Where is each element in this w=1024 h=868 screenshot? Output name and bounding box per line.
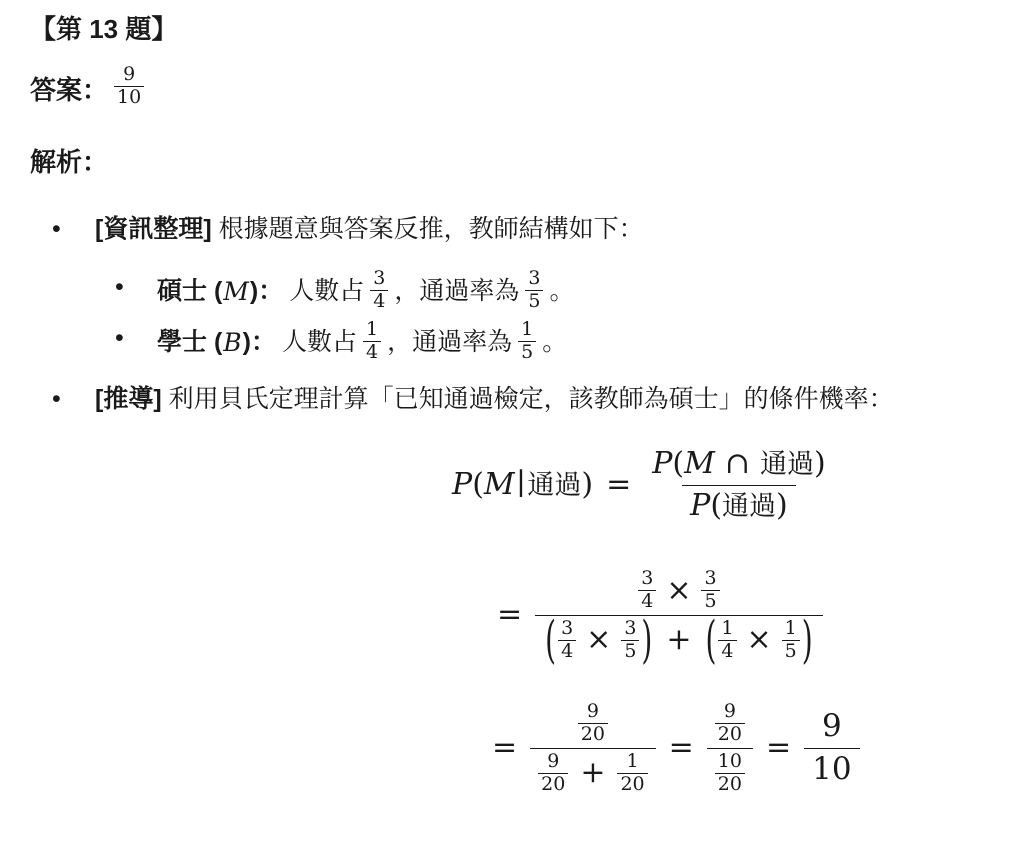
bullet-derive-content: [推導]利用貝氏定理計算「已知通過檢定，該教師為碩士」的條件機率：	[95, 383, 894, 417]
denominator: 5	[782, 640, 800, 662]
bachelor-seg2: ，通過率為	[387, 326, 512, 360]
denominator: 5	[701, 590, 719, 612]
fraction-9-20: 920	[715, 702, 745, 745]
fraction-10-20: 1020	[715, 752, 745, 795]
times-sign: ×	[666, 574, 691, 609]
denominator: 20	[538, 773, 568, 795]
master-label: 碩士 (	[157, 275, 222, 309]
substitution-numerator: 34 × 35	[630, 566, 727, 615]
conditional-bar: ∣	[515, 468, 528, 503]
bullet-info-line: [資訊整理]根據題意與答案反推，教師結構如下：	[95, 213, 644, 247]
solution-document: 【第 13 題】 答案： 9 10 解析： • [資訊整理]根據題意與答案反推，…	[0, 0, 1024, 798]
denominator: 20	[715, 723, 745, 745]
math-var-M: M	[222, 275, 250, 309]
numerator: 9	[544, 752, 562, 773]
answer-fraction: 9 10	[114, 65, 144, 108]
open-paren: (	[710, 489, 722, 524]
numerator: 9	[584, 702, 602, 723]
numerator: 9	[721, 702, 739, 723]
numerator: 1	[718, 619, 736, 640]
denominator: 5	[621, 640, 639, 662]
math-P: P	[690, 489, 710, 524]
fraction-denominator: 5	[518, 341, 536, 363]
bayes-denominator: P(通過)	[682, 485, 796, 527]
bullet-icon: •	[52, 383, 95, 417]
open-paren: (	[672, 447, 684, 482]
bullet-icon: •	[52, 213, 95, 247]
open-paren: (	[472, 468, 484, 503]
close-paren: )	[800, 612, 815, 670]
master-seg2: ，通過率為	[394, 275, 519, 309]
fraction-3-5: 35	[621, 619, 639, 662]
bayes-numerator: P(M∩通過)	[644, 444, 833, 485]
formula-bayes-definition: P(M∣通過) = P(M∩通過) P(通過)	[452, 444, 834, 526]
fraction-3-4: 34	[638, 569, 656, 612]
step2-numerator: 920	[707, 699, 753, 748]
numerator: 10	[715, 752, 745, 773]
fraction-denominator: 4	[363, 341, 381, 363]
numerator: 3	[638, 569, 656, 590]
fraction-numerator: 1	[518, 320, 536, 341]
fraction-denominator: 4	[370, 290, 388, 312]
bachelor-label: 學士 (	[157, 326, 222, 360]
info-tag: [資訊整理]	[95, 215, 212, 243]
denominator: 20	[715, 773, 745, 795]
close-paren: )	[814, 447, 826, 482]
bachelor-fraction-rate: 1 5	[518, 320, 536, 363]
denominator: 4	[638, 590, 656, 612]
bullet-icon: •	[115, 322, 157, 356]
step1-denominator: 920 + 120	[530, 748, 656, 798]
math-P: P	[452, 468, 472, 503]
master-label-colon: )：	[250, 275, 283, 309]
master-fraction-share: 3 4	[370, 269, 388, 312]
math-M: M	[684, 447, 715, 482]
numerator: 1	[782, 619, 800, 640]
fraction-3-4: 34	[558, 619, 576, 662]
bullet-icon: •	[115, 271, 157, 305]
pass-text: 通過	[760, 449, 814, 480]
bullet-info: • [資訊整理]根據題意與答案反推，教師結構如下： • 碩士 (M)： 人數占 …	[30, 213, 1000, 365]
bullet-master-content: 碩士 (M)： 人數占 3 4 ，通過率為 3 5 。	[157, 271, 574, 314]
numerator: 1	[624, 752, 642, 773]
fraction-numerator: 3	[525, 269, 543, 290]
fraction-1-20: 120	[617, 752, 647, 795]
fraction-9-20: 920	[578, 702, 608, 745]
fraction-9-20: 920	[538, 752, 568, 795]
master-seg1: 人數占	[289, 275, 364, 309]
final-answer-fraction: 9 10	[804, 706, 859, 790]
fraction-numerator: 1	[363, 320, 381, 341]
denominator: 20	[617, 773, 647, 795]
fraction-3-5: 35	[701, 569, 719, 612]
intersection-symbol: ∩	[725, 447, 750, 482]
master-seg3: 。	[549, 275, 574, 309]
pass-text: 通過	[722, 491, 776, 522]
close-paren: )	[776, 489, 788, 524]
bullet-info-content: [資訊整理]根據題意與答案反推，教師結構如下： • 碩士 (M)： 人數占 3 …	[95, 213, 644, 365]
times-sign: ×	[747, 623, 772, 658]
fraction-1-4: 14	[718, 619, 736, 662]
answer-fraction-numerator: 9	[120, 65, 138, 86]
fraction-1-5: 15	[782, 619, 800, 662]
question-title: 【第 13 題】	[30, 14, 1000, 45]
close-paren: )	[581, 468, 593, 503]
numerator: 3	[558, 619, 576, 640]
bullet-master: • 碩士 (M)： 人數占 3 4 ，通過率為 3 5 。	[95, 271, 644, 314]
equals-sign: =	[492, 731, 517, 766]
step1-numerator: 920	[570, 699, 616, 748]
open-paren: (	[543, 612, 558, 670]
math-M: M	[484, 468, 515, 503]
substitution-denominator: ( 34 × 35 ) + ( 14 × 15 )	[535, 615, 823, 665]
substitution-fraction: 34 × 35 ( 34 × 35 ) + ( 14 × 15 )	[535, 566, 823, 665]
formula-result: = 920 920 + 120 = 920 1020 = 9 10	[492, 699, 860, 798]
result-step1-fraction: 920 920 + 120	[530, 699, 656, 798]
close-paren: )	[639, 612, 654, 670]
bachelor-fraction-share: 1 4	[363, 320, 381, 363]
bullet-bachelor: • 學士 (B)： 人數占 1 4 ，通過率為 1 5 。	[95, 322, 644, 365]
answer-line: 答案： 9 10	[30, 67, 1000, 110]
derive-tag: [推導]	[95, 385, 162, 413]
equals-sign: =	[669, 731, 694, 766]
fraction-denominator: 5	[525, 290, 543, 312]
final-denominator: 10	[804, 748, 859, 791]
step2-denominator: 1020	[707, 748, 753, 798]
plus-sign: +	[580, 756, 605, 791]
fraction-numerator: 3	[370, 269, 388, 290]
bullet-bachelor-content: 學士 (B)： 人數占 1 4 ，通過率為 1 5 。	[157, 322, 567, 365]
math-P: P	[652, 447, 672, 482]
numerator: 3	[621, 619, 639, 640]
info-text: 根據題意與答案反推，教師結構如下：	[219, 215, 644, 243]
denominator: 4	[558, 640, 576, 662]
plus-sign: +	[666, 623, 691, 658]
bachelor-label-colon: )：	[243, 326, 276, 360]
bullet-derive: • [推導]利用貝氏定理計算「已知通過檢定，該教師為碩士」的條件機率：	[30, 383, 1000, 417]
times-sign: ×	[586, 623, 611, 658]
formula-substitution: = 34 × 35 ( 34 × 35 ) + ( 14 × 15 )	[497, 566, 823, 665]
math-var-B: B	[222, 326, 242, 360]
equals-sign: =	[497, 598, 522, 633]
bachelor-seg1: 人數占	[282, 326, 357, 360]
denominator: 4	[718, 640, 736, 662]
equals-sign: =	[606, 468, 631, 503]
open-paren: (	[703, 612, 718, 670]
equals-sign: =	[766, 731, 791, 766]
denominator: 20	[578, 723, 608, 745]
bachelor-seg3: 。	[542, 326, 567, 360]
answer-fraction-denominator: 10	[114, 86, 144, 108]
numerator: 3	[701, 569, 719, 590]
bayes-fraction: P(M∩通過) P(通過)	[644, 444, 833, 526]
derive-text: 利用貝氏定理計算「已知通過檢定，該教師為碩士」的條件機率：	[169, 385, 894, 413]
final-numerator: 9	[814, 706, 850, 748]
result-step2-fraction: 920 1020	[707, 699, 753, 798]
analysis-label: 解析：	[30, 142, 1000, 179]
answer-label: 答案：	[30, 70, 108, 107]
pass-text: 通過	[527, 470, 581, 501]
master-fraction-rate: 3 5	[525, 269, 543, 312]
